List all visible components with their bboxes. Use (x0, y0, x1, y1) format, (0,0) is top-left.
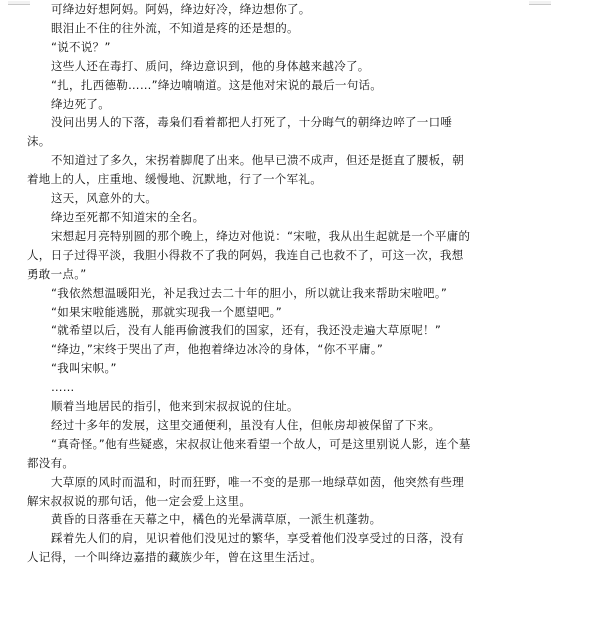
paragraph: “说不说？” (27, 38, 472, 57)
page-corner-mark-right (529, 1, 551, 5)
paragraph: 可绛边好想阿妈。阿妈，绛边好冷，绛边想你了。 (27, 0, 472, 19)
paragraph: 踩着先人们的肩，见识着他们没见过的繁华，享受着他们没享受过的日落，没有人记得，一… (27, 529, 472, 567)
paragraph: “就希望以后，没有人能再偷渡我们的国家，还有，我还没走遍大草原呢！” (27, 321, 472, 340)
paragraph: “我依然想温暖阳光，补足我过去二十年的胆小，所以就让我来帮助宋啦吧。” (27, 284, 472, 303)
paragraph: “扎，扎西德勒……”绛边喃喃道。这是他对宋说的最后一句话。 (27, 76, 472, 95)
paragraph: 绛边至死都不知道宋的全名。 (27, 208, 472, 227)
document-body: 可绛边好想阿妈。阿妈，绛边好冷，绛边想你了。 眼泪止不住的往外流，不知道是疼的还… (27, 0, 472, 567)
paragraph: 不知道过了多久，宋拐着脚爬了出来。他早已溃不成声，但还是挺直了腰板，朝着地上的人… (27, 151, 472, 189)
paragraph: “我叫宋帜。” (27, 359, 472, 378)
ellipsis-separator: …… (27, 378, 472, 397)
paragraph: 宋想起月亮特别圆的那个晚上，绛边对他说：“宋啦，我从出生起就是一个平庸的人，日子… (27, 227, 472, 284)
paragraph: 经过十多年的发展，这里交通便利，虽没有人住，但帐房却被保留了下来。 (27, 416, 472, 435)
paragraph: 黄昏的日落垂在天幕之中，橘色的光晕满草原，一派生机蓬勃。 (27, 510, 472, 529)
paragraph: “真奇怪。”他有些疑惑，宋叔叔让他来看望一个故人，可是这里别说人影，连个墓都没有… (27, 435, 472, 473)
paragraph: 这天，风意外的大。 (27, 189, 472, 208)
paragraph: 大草原的风时而温和，时而狂野，唯一不变的是那一地绿草如茵，他突然有些理解宋叔叔说… (27, 473, 472, 511)
paragraph: “如果宋啦能逃脱，那就实现我一个愿望吧。” (27, 303, 472, 322)
paragraph: 顺着当地居民的指引，他来到宋叔叔说的住址。 (27, 397, 472, 416)
paragraph: 这些人还在毒打、质问，绛边意识到，他的身体越来越冷了。 (27, 57, 472, 76)
paragraph: 没问出男人的下落，毒枭们看着都把人打死了，十分晦气的朝绛边啐了一口唾沫。 (27, 113, 472, 151)
paragraph: 眼泪止不住的往外流，不知道是疼的还是想的。 (27, 19, 472, 38)
paragraph: “绛边，”宋终于哭出了声，他抱着绛边冰冷的身体，“你不平庸。” (27, 340, 472, 359)
paragraph: 绛边死了。 (27, 95, 472, 114)
